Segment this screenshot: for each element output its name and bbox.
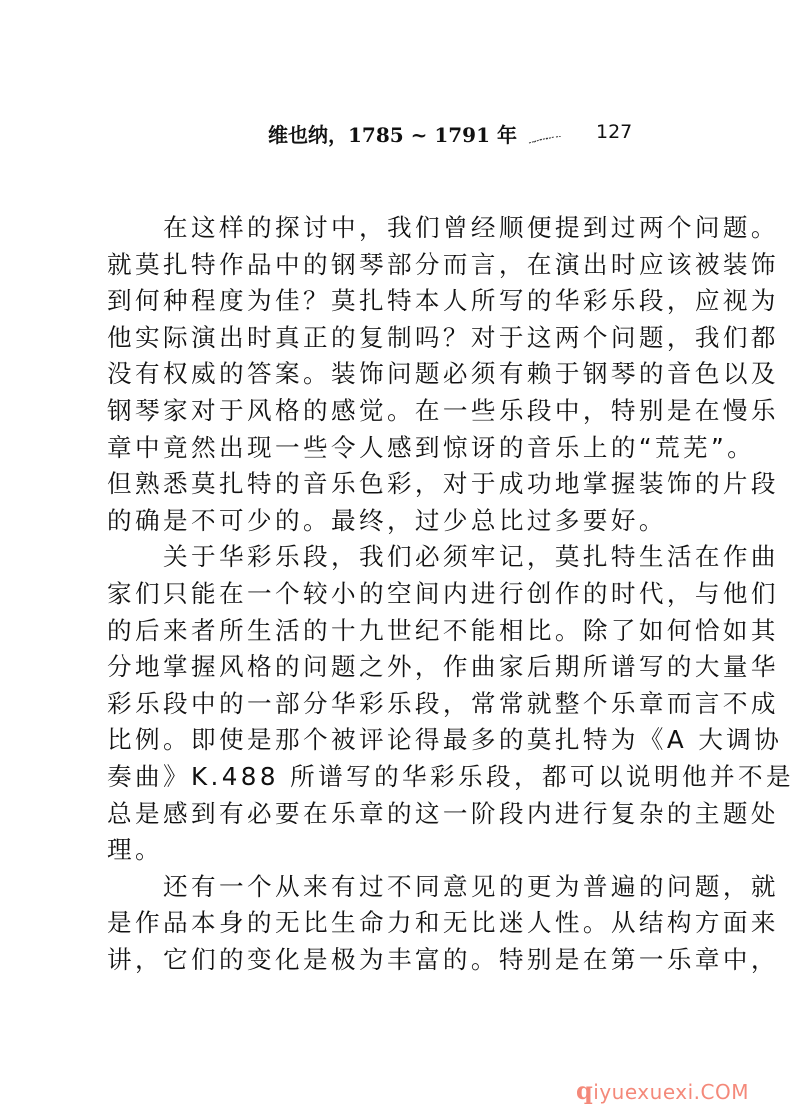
text-line: 讲，它们的变化是极为丰富的。特别是在第一乐章中，: [107, 942, 671, 979]
chapter-title: 维也纳，1785 ~ 1791 年: [268, 119, 517, 148]
text-line: 但熟悉莫扎特的音乐色彩，对于成功地掌握装饰的片段: [107, 466, 671, 503]
text-line: 家们只能在一个较小的空间内进行创作的时代，与他们: [107, 576, 671, 613]
text-line: 就莫扎特作品中的钢琴部分而言，在演出时应该被装饰: [107, 247, 671, 284]
running-header: 维也纳，1785 ~ 1791 年 127: [0, 117, 794, 151]
text-line: 总是感到有必要在乐章的这一阶段内进行复杂的主题处: [107, 796, 671, 833]
text-line: 比例。即使是那个被评论得最多的莫扎特为《A 大调协: [107, 722, 671, 759]
text-line: 他实际演出时真正的复制吗？对于这两个问题，我们都: [107, 320, 671, 357]
body-text: 在这样的探讨中，我们曾经顺便提到过两个问题。 就莫扎特作品中的钢琴部分而言，在演…: [107, 210, 671, 978]
site-watermark: qiyuexuexi.COM: [576, 1076, 749, 1105]
text-line: 分地掌握风格的问题之外，作曲家后期所谱写的大量华: [107, 649, 671, 686]
text-line: 钢琴家对于风格的感觉。在一些乐段中，特别是在慢乐: [107, 393, 671, 430]
text-line: 理。: [107, 832, 671, 869]
text-line: 的确是不可少的。最终，过少总比过多要好。: [107, 503, 671, 540]
watermark-logo-letter: q: [576, 1076, 593, 1105]
text-line: 彩乐段中的一部分华彩乐段，常常就整个乐章而言不成: [107, 686, 671, 723]
paragraph-1: 在这样的探讨中，我们曾经顺便提到过两个问题。 就莫扎特作品中的钢琴部分而言，在演…: [107, 210, 671, 539]
text-line: 章中竟然出现一些令人感到惊讶的音乐上的“荒芜”。: [107, 430, 671, 467]
text-line: 关于华彩乐段，我们必须牢记，莫扎特生活在作曲: [107, 539, 671, 576]
paragraph-2: 关于华彩乐段，我们必须牢记，莫扎特生活在作曲 家们只能在一个较小的空间内进行创作…: [107, 539, 671, 868]
text-line: 奏曲》K.488 所谱写的华彩乐段，都可以说明他并不是: [107, 759, 671, 796]
flourish-icon: [528, 129, 562, 137]
text-line: 是作品本身的无比生命力和无比迷人性。从结构方面来: [107, 905, 671, 942]
text-line: 的后来者所生活的十九世纪不能相比。除了如何恰如其: [107, 613, 671, 650]
text-line: 到何种程度为佳？莫扎特本人所写的华彩乐段，应视为: [107, 283, 671, 320]
page-number: 127: [596, 121, 632, 143]
text-line: 在这样的探讨中，我们曾经顺便提到过两个问题。: [107, 210, 671, 247]
text-line: 还有一个从来有过不同意见的更为普遍的问题，就: [107, 869, 671, 906]
paragraph-3: 还有一个从来有过不同意见的更为普遍的问题，就 是作品本身的无比生命力和无比迷人性…: [107, 869, 671, 979]
text-line: 没有权威的答案。装饰问题必须有赖于钢琴的音色以及: [107, 356, 671, 393]
watermark-text: iyuexuexi.COM: [593, 1080, 749, 1104]
